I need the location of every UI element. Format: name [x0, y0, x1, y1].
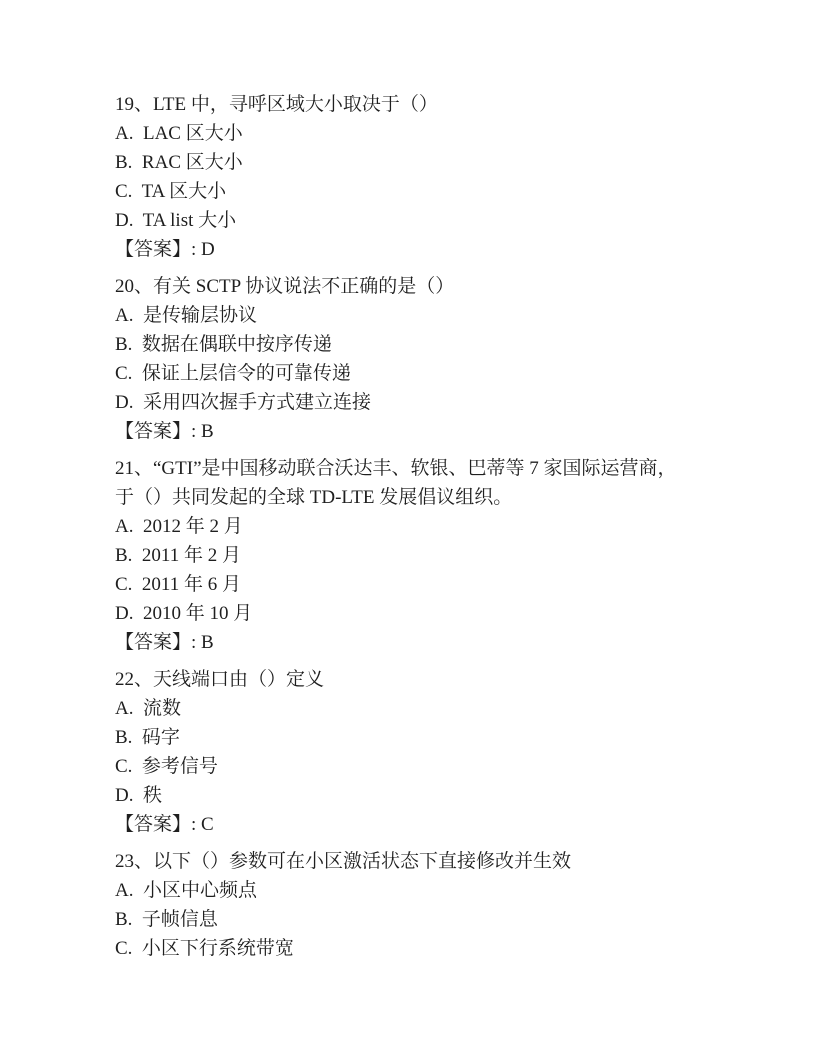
document-page: 19、LTE 中，寻呼区域大小取决于（） A. LAC 区大小 B. RAC 区…	[0, 0, 816, 1056]
option-d: D. 采用四次握手方式建立连接	[115, 388, 716, 417]
option-c: C. 保证上层信令的可靠传递	[115, 359, 716, 388]
option-a: A. 2012 年 2 月	[115, 512, 716, 541]
question-text: 20、有关 SCTP 协议说法不正确的是（）	[115, 272, 716, 301]
option-a: A. 流数	[115, 694, 716, 723]
question-text: 22、天线端口由（）定义	[115, 665, 716, 694]
question-block-21: 21、“GTI”是中国移动联合沃达丰、软银、巴蒂等 7 家国际运营商， 于（）共…	[115, 454, 716, 657]
question-block-19: 19、LTE 中，寻呼区域大小取决于（） A. LAC 区大小 B. RAC 区…	[115, 90, 716, 264]
answer-line: 【答案】: D	[115, 235, 716, 264]
answer-line: 【答案】: B	[115, 628, 716, 657]
option-b: B. 码字	[115, 723, 716, 752]
answer-line: 【答案】: C	[115, 810, 716, 839]
option-b: B. 2011 年 2 月	[115, 541, 716, 570]
option-b: B. 子帧信息	[115, 905, 716, 934]
question-block-22: 22、天线端口由（）定义 A. 流数 B. 码字 C. 参考信号 D. 秩 【答…	[115, 665, 716, 839]
option-d: D. TA list 大小	[115, 206, 716, 235]
question-text: 21、“GTI”是中国移动联合沃达丰、软银、巴蒂等 7 家国际运营商， 于（）共…	[115, 454, 716, 512]
option-c: C. 参考信号	[115, 752, 716, 781]
option-a: A. 小区中心频点	[115, 876, 716, 905]
option-c: C. TA 区大小	[115, 177, 716, 206]
question-block-20: 20、有关 SCTP 协议说法不正确的是（） A. 是传输层协议 B. 数据在偶…	[115, 272, 716, 446]
option-d: D. 秩	[115, 781, 716, 810]
question-text: 23、以下（）参数可在小区激活状态下直接修改并生效	[115, 847, 716, 876]
answer-line: 【答案】: B	[115, 417, 716, 446]
question-text: 19、LTE 中，寻呼区域大小取决于（）	[115, 90, 716, 119]
option-b: B. 数据在偶联中按序传递	[115, 330, 716, 359]
question-block-23: 23、以下（）参数可在小区激活状态下直接修改并生效 A. 小区中心频点 B. 子…	[115, 847, 716, 963]
option-b: B. RAC 区大小	[115, 148, 716, 177]
option-a: A. 是传输层协议	[115, 301, 716, 330]
option-c: C. 小区下行系统带宽	[115, 934, 716, 963]
option-c: C. 2011 年 6 月	[115, 570, 716, 599]
option-d: D. 2010 年 10 月	[115, 599, 716, 628]
option-a: A. LAC 区大小	[115, 119, 716, 148]
